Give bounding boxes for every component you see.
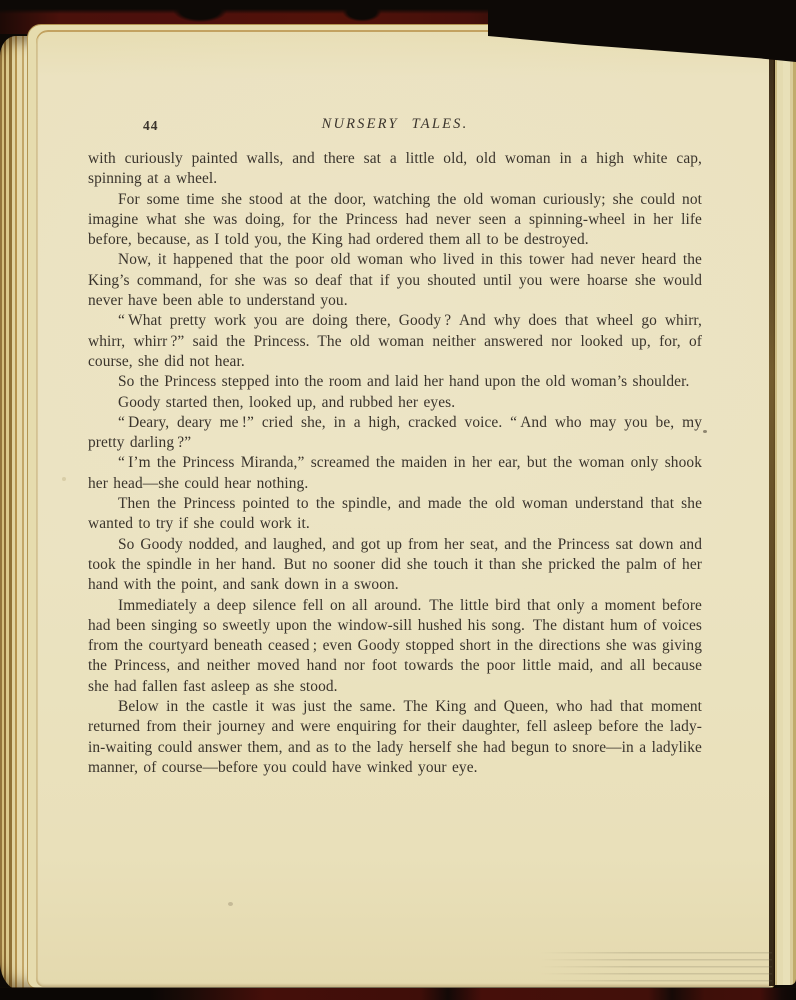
paper-speck <box>228 902 233 906</box>
story-paragraph: Now, it happened that the poor old woman… <box>88 250 702 311</box>
story-paragraph: Goody started then, looked up, and rubbe… <box>88 393 702 413</box>
page-header: 44 NURSERY TALES. <box>88 116 702 136</box>
printed-content: 44 NURSERY TALES. with curiously painted… <box>88 116 702 778</box>
book-photo: 44 NURSERY TALES. with curiously painted… <box>0 0 796 1000</box>
paper-speck <box>703 430 707 433</box>
story-text: with curiously painted walls, and there … <box>88 149 702 778</box>
story-paragraph: So the Princess stepped into the room an… <box>88 372 702 392</box>
story-paragraph: “ Deary, deary me !” cried she, in a hig… <box>88 413 702 454</box>
story-paragraph: Immediately a deep silence fell on all a… <box>88 596 702 697</box>
fore-edge-pages-right <box>775 54 796 985</box>
running-title: NURSERY TALES. <box>88 116 702 133</box>
fore-edge-lines-bottom-right <box>540 952 772 985</box>
story-paragraph: “ What pretty work you are doing there, … <box>88 311 702 372</box>
book-cover-bottom-band <box>0 988 796 1000</box>
story-paragraph: For some time she stood at the door, wat… <box>88 190 702 251</box>
story-paragraph: Then the Princess pointed to the spindle… <box>88 494 702 535</box>
story-paragraph: So Goody nodded, and laughed, and got up… <box>88 535 702 596</box>
book-page: 44 NURSERY TALES. with curiously painted… <box>36 30 772 987</box>
story-paragraph: with curiously painted walls, and there … <box>88 149 702 190</box>
story-paragraph: Below in the castle it was just the same… <box>88 697 702 778</box>
paper-speck <box>62 477 66 481</box>
page-number: 44 <box>143 118 159 134</box>
story-paragraph: “ I’m the Princess Miranda,” screamed th… <box>88 453 702 494</box>
